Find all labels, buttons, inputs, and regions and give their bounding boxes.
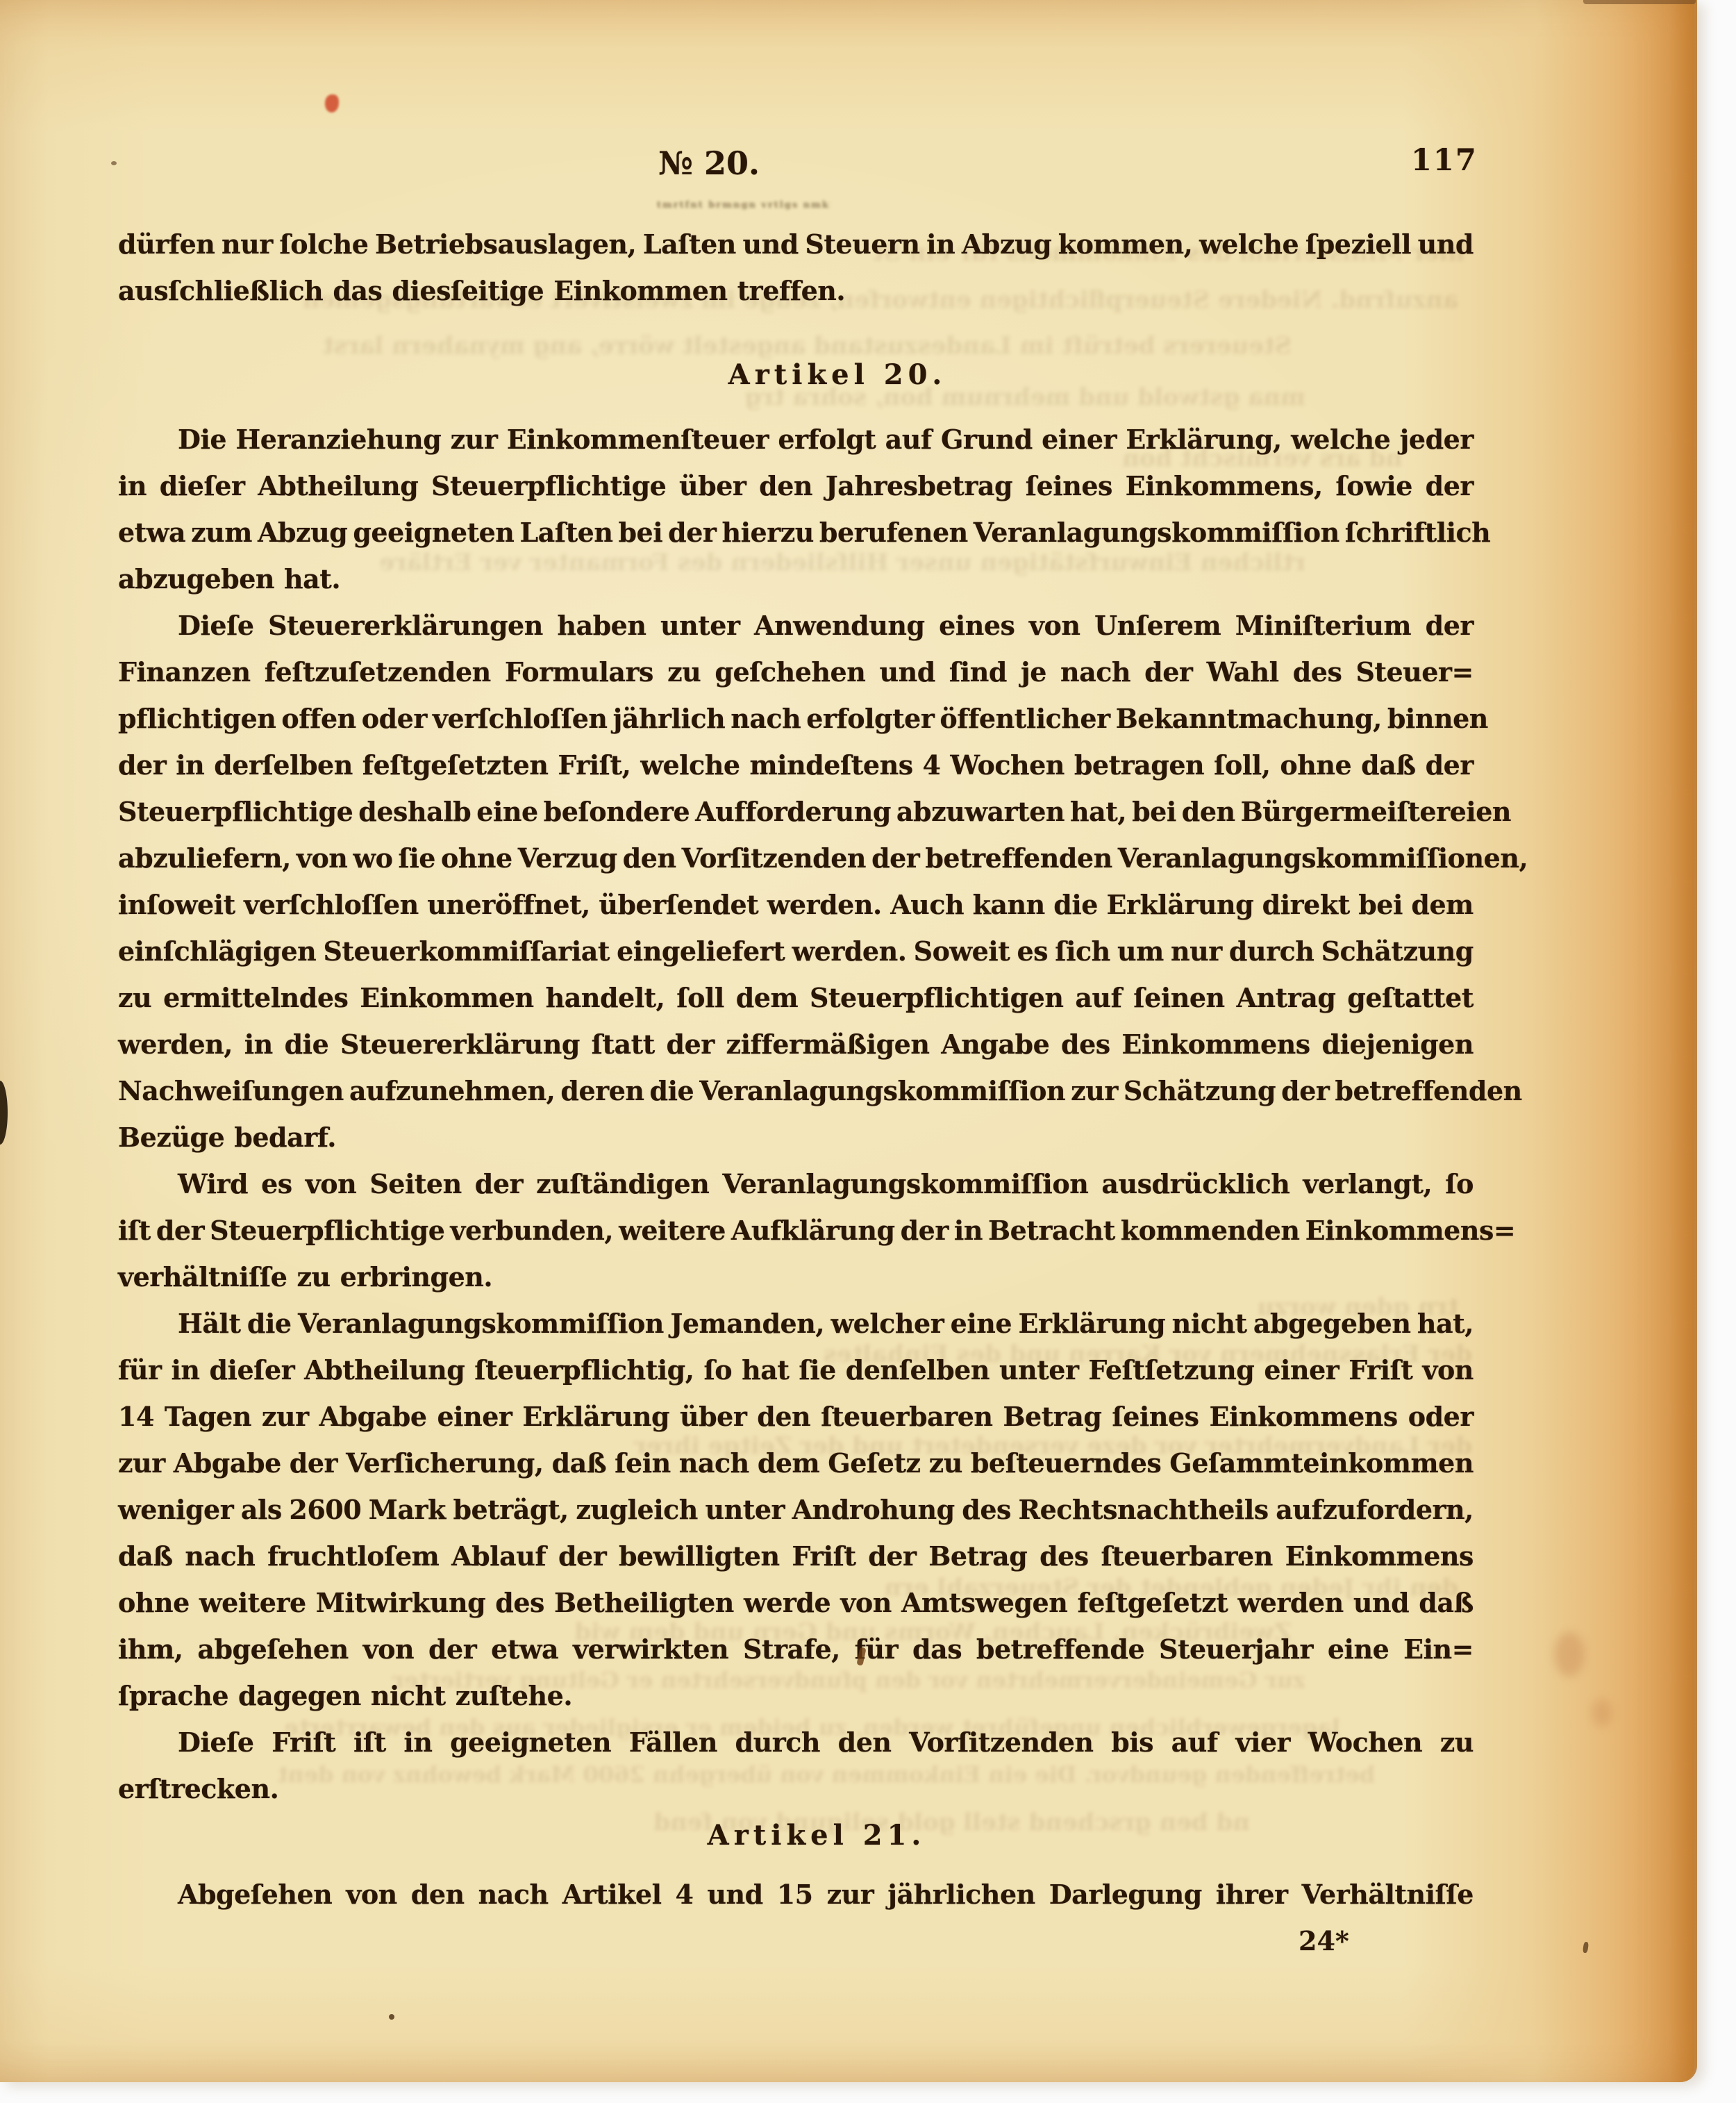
word: zugleich — [576, 1486, 698, 1533]
word: zu — [1440, 1719, 1474, 1765]
text-line: DieHeranziehungzurEinkommenſteuererfolgt… — [118, 416, 1474, 463]
text-line: DieſeFriſtiſtingeeignetenFällendurchdenV… — [118, 1719, 1474, 1765]
word: ſteuerbaren — [1101, 1533, 1272, 1579]
word: abzuliefern, — [118, 835, 291, 881]
word: Fällen — [629, 1719, 717, 1765]
word: aufzunehmen, — [349, 1067, 555, 1114]
word: Steuerpflichtige — [431, 463, 666, 509]
word: in — [171, 1347, 199, 1393]
word: Jahresbetrag — [826, 463, 1012, 509]
word: den — [759, 463, 812, 509]
word: der — [667, 1021, 715, 1067]
word: die — [1053, 881, 1098, 928]
header-issue-label: № 20. — [658, 144, 760, 182]
word: von — [346, 1871, 397, 1918]
word: Hält — [178, 1300, 241, 1347]
ink-speck — [111, 161, 117, 165]
text-line: HältdieVeranlagungskommiſſionJemanden,we… — [118, 1300, 1474, 1347]
word: eines — [939, 602, 1015, 649]
word: der — [290, 1440, 337, 1486]
word: der — [1144, 649, 1192, 695]
text-line: ſprachedagegennichtzuſtehe. — [118, 1672, 1474, 1719]
word: Steuererklärung — [340, 1021, 580, 1067]
word: des — [1040, 1533, 1089, 1579]
word: Veranlagungskommiſſion — [699, 1067, 1065, 1114]
word: ausſchließlich — [118, 267, 323, 314]
signature-mark: 24* — [118, 1918, 1474, 1964]
word: und — [879, 649, 935, 695]
word: der — [1426, 742, 1474, 788]
word: werden, — [118, 1021, 233, 1067]
word: Ablauf — [451, 1533, 546, 1579]
word: durch — [1229, 928, 1314, 974]
word: in — [244, 1021, 273, 1067]
word: Vorſitzenden — [682, 835, 866, 881]
word: Rechtsnachtheils — [1019, 1486, 1269, 1533]
word: ſteuerbaren — [821, 1393, 992, 1440]
word: von — [1029, 602, 1080, 649]
word: zu — [118, 974, 151, 1021]
word: dieſer — [160, 463, 245, 509]
word: ziffermäßigen — [726, 1021, 930, 1067]
word: von — [363, 1626, 415, 1672]
word: betreffende — [976, 1626, 1144, 1672]
word: Mark — [369, 1486, 446, 1533]
text-line: zurAbgabederVerſicherung,daßſeinnachdemG… — [118, 1440, 1474, 1486]
word: jährlich — [613, 695, 726, 742]
word: Abgeſehen — [178, 1871, 332, 1918]
word: Steuerjahr — [1159, 1626, 1313, 1672]
word: Bezüge — [118, 1114, 224, 1161]
word: Darlegung — [1049, 1871, 1202, 1918]
word: inſoweit — [118, 881, 235, 928]
word: ſprache — [118, 1672, 228, 1719]
word: wo — [353, 835, 392, 881]
word: nach — [679, 1440, 749, 1486]
word: die — [650, 1067, 694, 1114]
word: in — [926, 221, 955, 267]
word: einer — [1042, 416, 1117, 463]
word: Anwendung — [754, 602, 925, 649]
text-line: SteuerpflichtigedeshalbeinebeſondereAuff… — [118, 788, 1474, 835]
word: bei — [1132, 788, 1176, 835]
text-line: iſtderSteuerpflichtigeverbunden,weitereA… — [118, 1207, 1474, 1254]
word: Wochen — [950, 742, 1065, 788]
word: über — [679, 463, 746, 509]
word: eine — [476, 788, 537, 835]
text-line: FinanzenfeſtzuſetzendenFormularszugeſche… — [118, 649, 1474, 695]
word: dürfen — [118, 221, 215, 267]
word: in — [118, 463, 147, 509]
word: mindeſtens — [749, 742, 912, 788]
text-line: Nachweiſungenaufzunehmen,derendieVeranla… — [118, 1067, 1474, 1114]
text-line: verhältniſſezuerbringen. — [118, 1254, 1474, 1300]
word: von — [1422, 1347, 1474, 1393]
text-line: wenigerals2600Markbeträgt,zugleichunterA… — [118, 1486, 1474, 1533]
word: von — [297, 835, 348, 881]
word: oder — [362, 695, 427, 742]
word: des — [495, 1579, 544, 1626]
word: Soweit — [914, 928, 1010, 974]
word: auf — [885, 416, 932, 463]
word: zur — [1071, 1067, 1118, 1114]
word: Amtswegen — [901, 1579, 1067, 1626]
word: beſteuerndes — [971, 1440, 1161, 1486]
word: der — [428, 1626, 476, 1672]
word: hat. — [284, 556, 340, 602]
word: auf — [1075, 974, 1121, 1021]
word: Dieſe — [178, 602, 254, 649]
word: 4 — [923, 742, 941, 788]
word: welche — [640, 742, 740, 788]
word: nur — [222, 221, 273, 267]
header-page-number: 117 — [1411, 143, 1478, 178]
word: Einkommens — [1285, 1533, 1474, 1579]
word: die — [247, 1300, 292, 1347]
word: zu — [297, 1254, 330, 1300]
word: nach — [731, 695, 801, 742]
word: verbunden, — [450, 1207, 613, 1254]
word: jährlichen — [887, 1871, 1035, 1918]
word: dem — [758, 1440, 819, 1486]
word: Nachweiſungen — [118, 1067, 344, 1114]
word: werden — [1237, 1579, 1343, 1626]
word: diesſeitige — [392, 267, 544, 314]
word: erſtrecken. — [118, 1765, 278, 1812]
text-line: Bezügebedarf. — [118, 1114, 1474, 1161]
word: Veranlagungskommiſſion — [722, 1161, 1088, 1207]
header-ink-smudge: tmrtfnt brmngn vrtlgs nmkmn — [657, 200, 831, 210]
word: ſo — [703, 1347, 732, 1393]
word: deren — [560, 1067, 644, 1114]
word: geeigneten — [450, 1719, 611, 1765]
word: eine — [951, 1300, 1012, 1347]
text-line: erſtrecken. — [118, 1765, 1474, 1812]
word: Einkommenſteuer — [507, 416, 769, 463]
word: zuſtändigen — [536, 1161, 709, 1207]
word: jeder — [1400, 416, 1474, 463]
text-line: etwazumAbzuggeeignetenLaſtenbeiderhierzu… — [118, 509, 1474, 556]
word: in — [176, 742, 204, 788]
word: Geſetz — [828, 1440, 920, 1486]
word: Abzug — [258, 509, 347, 556]
word: für — [855, 1626, 899, 1672]
word: Laſten — [643, 221, 736, 267]
word: zu — [929, 1440, 962, 1486]
word: Einkommens, — [1126, 463, 1323, 509]
word: ohne — [118, 1579, 190, 1626]
word: der — [156, 1207, 204, 1254]
word: Friſt — [792, 1533, 856, 1579]
word: Steuererklärungen — [268, 602, 543, 649]
word: Aufforderung — [695, 788, 891, 835]
word: verlangt, — [1303, 1161, 1432, 1207]
word: Aufklärung — [731, 1207, 895, 1254]
word: Erklärung, — [1126, 416, 1281, 463]
word: Seiten — [369, 1161, 461, 1207]
word: den — [757, 1393, 810, 1440]
text-line: daßnachfruchtloſemAblaufderbewilligtenFr… — [118, 1533, 1474, 1579]
word: abgegeben — [1253, 1300, 1411, 1347]
word: zum — [191, 509, 252, 556]
red-ink-stain — [325, 94, 339, 113]
word: verwirkten — [573, 1626, 728, 1672]
word: ſteuerpflichtig, — [474, 1347, 694, 1393]
word: etwa — [118, 509, 185, 556]
word: Bürgermeiſtereien — [1241, 788, 1511, 835]
word: Betriebsauslagen, — [375, 221, 636, 267]
word: Finanzen — [118, 649, 251, 695]
word: den — [623, 835, 676, 881]
word: deshalb — [358, 788, 471, 835]
word: Steuern — [805, 221, 919, 267]
word: nach — [185, 1533, 255, 1579]
word: Schätzung — [1321, 928, 1474, 974]
word: geſchehen — [715, 649, 865, 695]
article-heading-artikel-20: Artikel 20. — [201, 351, 1474, 398]
word: betragen — [1074, 742, 1204, 788]
word: Miniſterium — [1235, 602, 1411, 649]
word: hat, — [1417, 1300, 1474, 1347]
word: Artikel — [562, 1871, 662, 1918]
word: einer — [1264, 1347, 1339, 1393]
word: ohne — [1280, 742, 1351, 788]
word: Steuer= — [1355, 649, 1473, 695]
word: weniger — [118, 1486, 233, 1533]
word: Die — [178, 416, 226, 463]
text-line: WirdesvonSeitenderzuſtändigenVeranlagung… — [118, 1161, 1474, 1207]
word: Jemanden, — [670, 1300, 824, 1347]
word: Verſicherung, — [346, 1440, 544, 1486]
word: daß — [1419, 1579, 1474, 1626]
word: weitere — [199, 1579, 306, 1626]
text-line: ausſchließlichdasdiesſeitigeEinkommentre… — [118, 267, 1474, 314]
word: feſtgeſetzt — [1077, 1579, 1228, 1626]
word: erfolgt — [778, 416, 876, 463]
word: Verzug — [518, 835, 617, 881]
word: verſchloſſen — [244, 881, 419, 928]
word: Friſt — [272, 1719, 335, 1765]
word: bis — [1111, 1719, 1153, 1765]
article-heading-artikel-21: Artikel 21. — [160, 1812, 1474, 1859]
word: den — [838, 1719, 892, 1765]
word: Steuerkommiſſariat — [323, 928, 609, 974]
text-line: werden,indieSteuererklärungſtattderziffe… — [118, 1021, 1474, 1067]
word: erfolgter — [806, 695, 934, 742]
word: welche — [1291, 416, 1390, 463]
word: binnen — [1387, 695, 1488, 742]
word: eine — [1328, 1626, 1389, 1672]
word: iſt — [118, 1207, 151, 1254]
word: Laſten — [519, 509, 612, 556]
word: des — [962, 1486, 1011, 1533]
word: daß — [1361, 742, 1416, 788]
word: des — [1293, 649, 1342, 695]
word: zur — [262, 1393, 309, 1440]
word: Heranziehung — [235, 416, 441, 463]
word: ermittelndes — [163, 974, 348, 1021]
word: Angabe — [941, 1021, 1049, 1067]
word: von — [306, 1161, 357, 1207]
word: Abzug — [962, 221, 1051, 267]
word: durch — [735, 1719, 820, 1765]
word: Bekanntmachung, — [1116, 695, 1382, 742]
word: ſolche — [279, 221, 368, 267]
word: ihrer — [1216, 1871, 1288, 1918]
word: Verhältniſſe — [1302, 1871, 1474, 1918]
word: 4 — [676, 1871, 694, 1918]
word: es — [261, 1161, 292, 1207]
word: Wochen — [1308, 1719, 1423, 1765]
word: Steuerpflichtige — [210, 1207, 444, 1254]
word: in — [403, 1719, 432, 1765]
word: abzuwarten — [896, 788, 1065, 835]
word: ſchriftlich — [1345, 509, 1491, 556]
word: ſo — [1445, 1161, 1474, 1207]
word: der — [475, 1161, 523, 1207]
word: Einkommen — [553, 267, 727, 314]
word: Steuerpflichtigen — [810, 974, 1063, 1021]
word: eingeliefert — [617, 928, 785, 974]
word: werde — [744, 1579, 831, 1626]
word: Erklärung — [1106, 881, 1253, 928]
word: dem — [1411, 881, 1473, 928]
word: des — [1061, 1021, 1110, 1067]
ink-speck — [389, 2014, 394, 2020]
word: offen — [281, 695, 356, 742]
text-line: ohneweitereMitwirkungdesBetheiligtenwerd… — [118, 1579, 1474, 1626]
word: abzugeben — [118, 556, 274, 602]
word: verhältniſſe — [118, 1254, 287, 1300]
paper-sheet: № 20. 117 tmrtfnt brmngn vrtlgs nmkmn hi… — [0, 0, 1697, 2082]
word: ſowie — [1335, 463, 1412, 509]
word: dieſer — [209, 1347, 294, 1393]
word: der — [1281, 1067, 1329, 1114]
text-line: AbgeſehenvondennachArtikel4und15zurjährl… — [118, 1871, 1474, 1918]
word: den — [1182, 788, 1235, 835]
word: werden. — [767, 881, 882, 928]
word: bei — [618, 509, 662, 556]
word: ſeines — [1112, 1393, 1199, 1440]
word: zur — [118, 1440, 165, 1486]
word: Abgabe — [319, 1393, 427, 1440]
word: der — [871, 835, 919, 881]
word: ſie — [398, 835, 435, 881]
word: Betrag — [1003, 1393, 1101, 1440]
word: es — [1017, 928, 1048, 974]
text-line: inſoweitverſchloſſenuneröffnet,überſende… — [118, 881, 1474, 928]
text-line: abzuliefern,vonwoſieohneVerzugdenVorſitz… — [118, 835, 1474, 881]
word: Wahl — [1207, 649, 1279, 695]
word: nach — [478, 1871, 549, 1918]
word: bewilligten — [619, 1533, 780, 1579]
word: Formulars — [505, 649, 653, 695]
word: dem — [736, 974, 798, 1021]
word: und — [707, 1871, 762, 1918]
word: zuſtehe. — [456, 1672, 572, 1719]
word: hat — [742, 1347, 789, 1393]
word: ſeinen — [1133, 974, 1224, 1021]
top-edge-shadow — [1583, 0, 1696, 4]
rust-stain — [1592, 1699, 1612, 1727]
word: der — [1426, 602, 1474, 649]
word: welche — [1199, 221, 1299, 267]
word: betreffenden — [1335, 1067, 1521, 1114]
word: das — [912, 1626, 962, 1672]
word: dagegen — [238, 1672, 361, 1719]
word: kann — [973, 881, 1045, 928]
word: der — [868, 1533, 916, 1579]
word: ſein — [615, 1440, 671, 1486]
word: einſchlägigen — [118, 928, 316, 974]
word: Erklärung — [522, 1393, 669, 1440]
word: verſchloſſen — [433, 695, 608, 742]
ink-speck — [1583, 1942, 1589, 1954]
word: den — [411, 1871, 465, 1918]
word: pflichtigen — [118, 695, 276, 742]
word: der — [668, 509, 716, 556]
word: Veranlagungskommiſſion — [974, 509, 1339, 556]
word: bei — [1358, 881, 1403, 928]
word: kommenden — [1121, 1207, 1300, 1254]
word: öffentlicher — [940, 695, 1110, 742]
rust-stain — [1554, 1632, 1585, 1677]
word: beträgt, — [453, 1486, 568, 1533]
word: daß — [552, 1440, 607, 1486]
word: über — [680, 1393, 746, 1440]
word: Veranlagungskommiſſionen, — [1118, 835, 1528, 881]
word: aufzufordern, — [1276, 1486, 1474, 1533]
word: werden. — [792, 928, 906, 974]
word: ſtatt — [592, 1021, 655, 1067]
word: ohne — [441, 835, 512, 881]
word: der — [901, 1207, 949, 1254]
word: 15 — [777, 1871, 813, 1918]
word: zur — [827, 1871, 874, 1918]
left-edge-mark — [0, 1081, 8, 1145]
word: Einkommens — [1121, 1021, 1310, 1067]
text-line: einſchlägigenSteuerkommiſſariateingelief… — [118, 928, 1474, 974]
word: Grund — [941, 416, 1033, 463]
word: betreffenden — [925, 835, 1112, 881]
word: Wird — [178, 1161, 248, 1207]
word: uneröffnet, — [427, 881, 590, 928]
word: direkt — [1262, 881, 1350, 928]
word: ausdrücklich — [1101, 1161, 1290, 1207]
word: Unſerem — [1094, 602, 1221, 649]
word: Feſtſetzung — [1088, 1347, 1254, 1393]
word: fruchtloſem — [267, 1533, 439, 1579]
word: ihm, — [118, 1626, 183, 1672]
word: der — [118, 742, 166, 788]
word: vier — [1235, 1719, 1290, 1765]
word: welcher — [831, 1300, 944, 1347]
text-line: dürfennurſolcheBetriebsauslagen,Laſtenun… — [118, 221, 1474, 267]
word: Geſammteinkommen — [1169, 1440, 1474, 1486]
word: treffen. — [737, 267, 845, 314]
word: denſelben — [846, 1347, 990, 1393]
word: Schätzung — [1124, 1067, 1276, 1114]
word: hierzu — [721, 509, 813, 556]
word: nicht — [1172, 1300, 1247, 1347]
word: Mitwirkung — [316, 1579, 485, 1626]
word: Betrag — [928, 1533, 1027, 1579]
word: Steuerpflichtige — [118, 788, 353, 835]
text-line: ihm,abgeſehenvonderetwaverwirktenStrafe,… — [118, 1626, 1474, 1672]
word: 14 — [118, 1393, 154, 1440]
word: der — [558, 1533, 606, 1579]
word: oder — [1408, 1393, 1474, 1440]
